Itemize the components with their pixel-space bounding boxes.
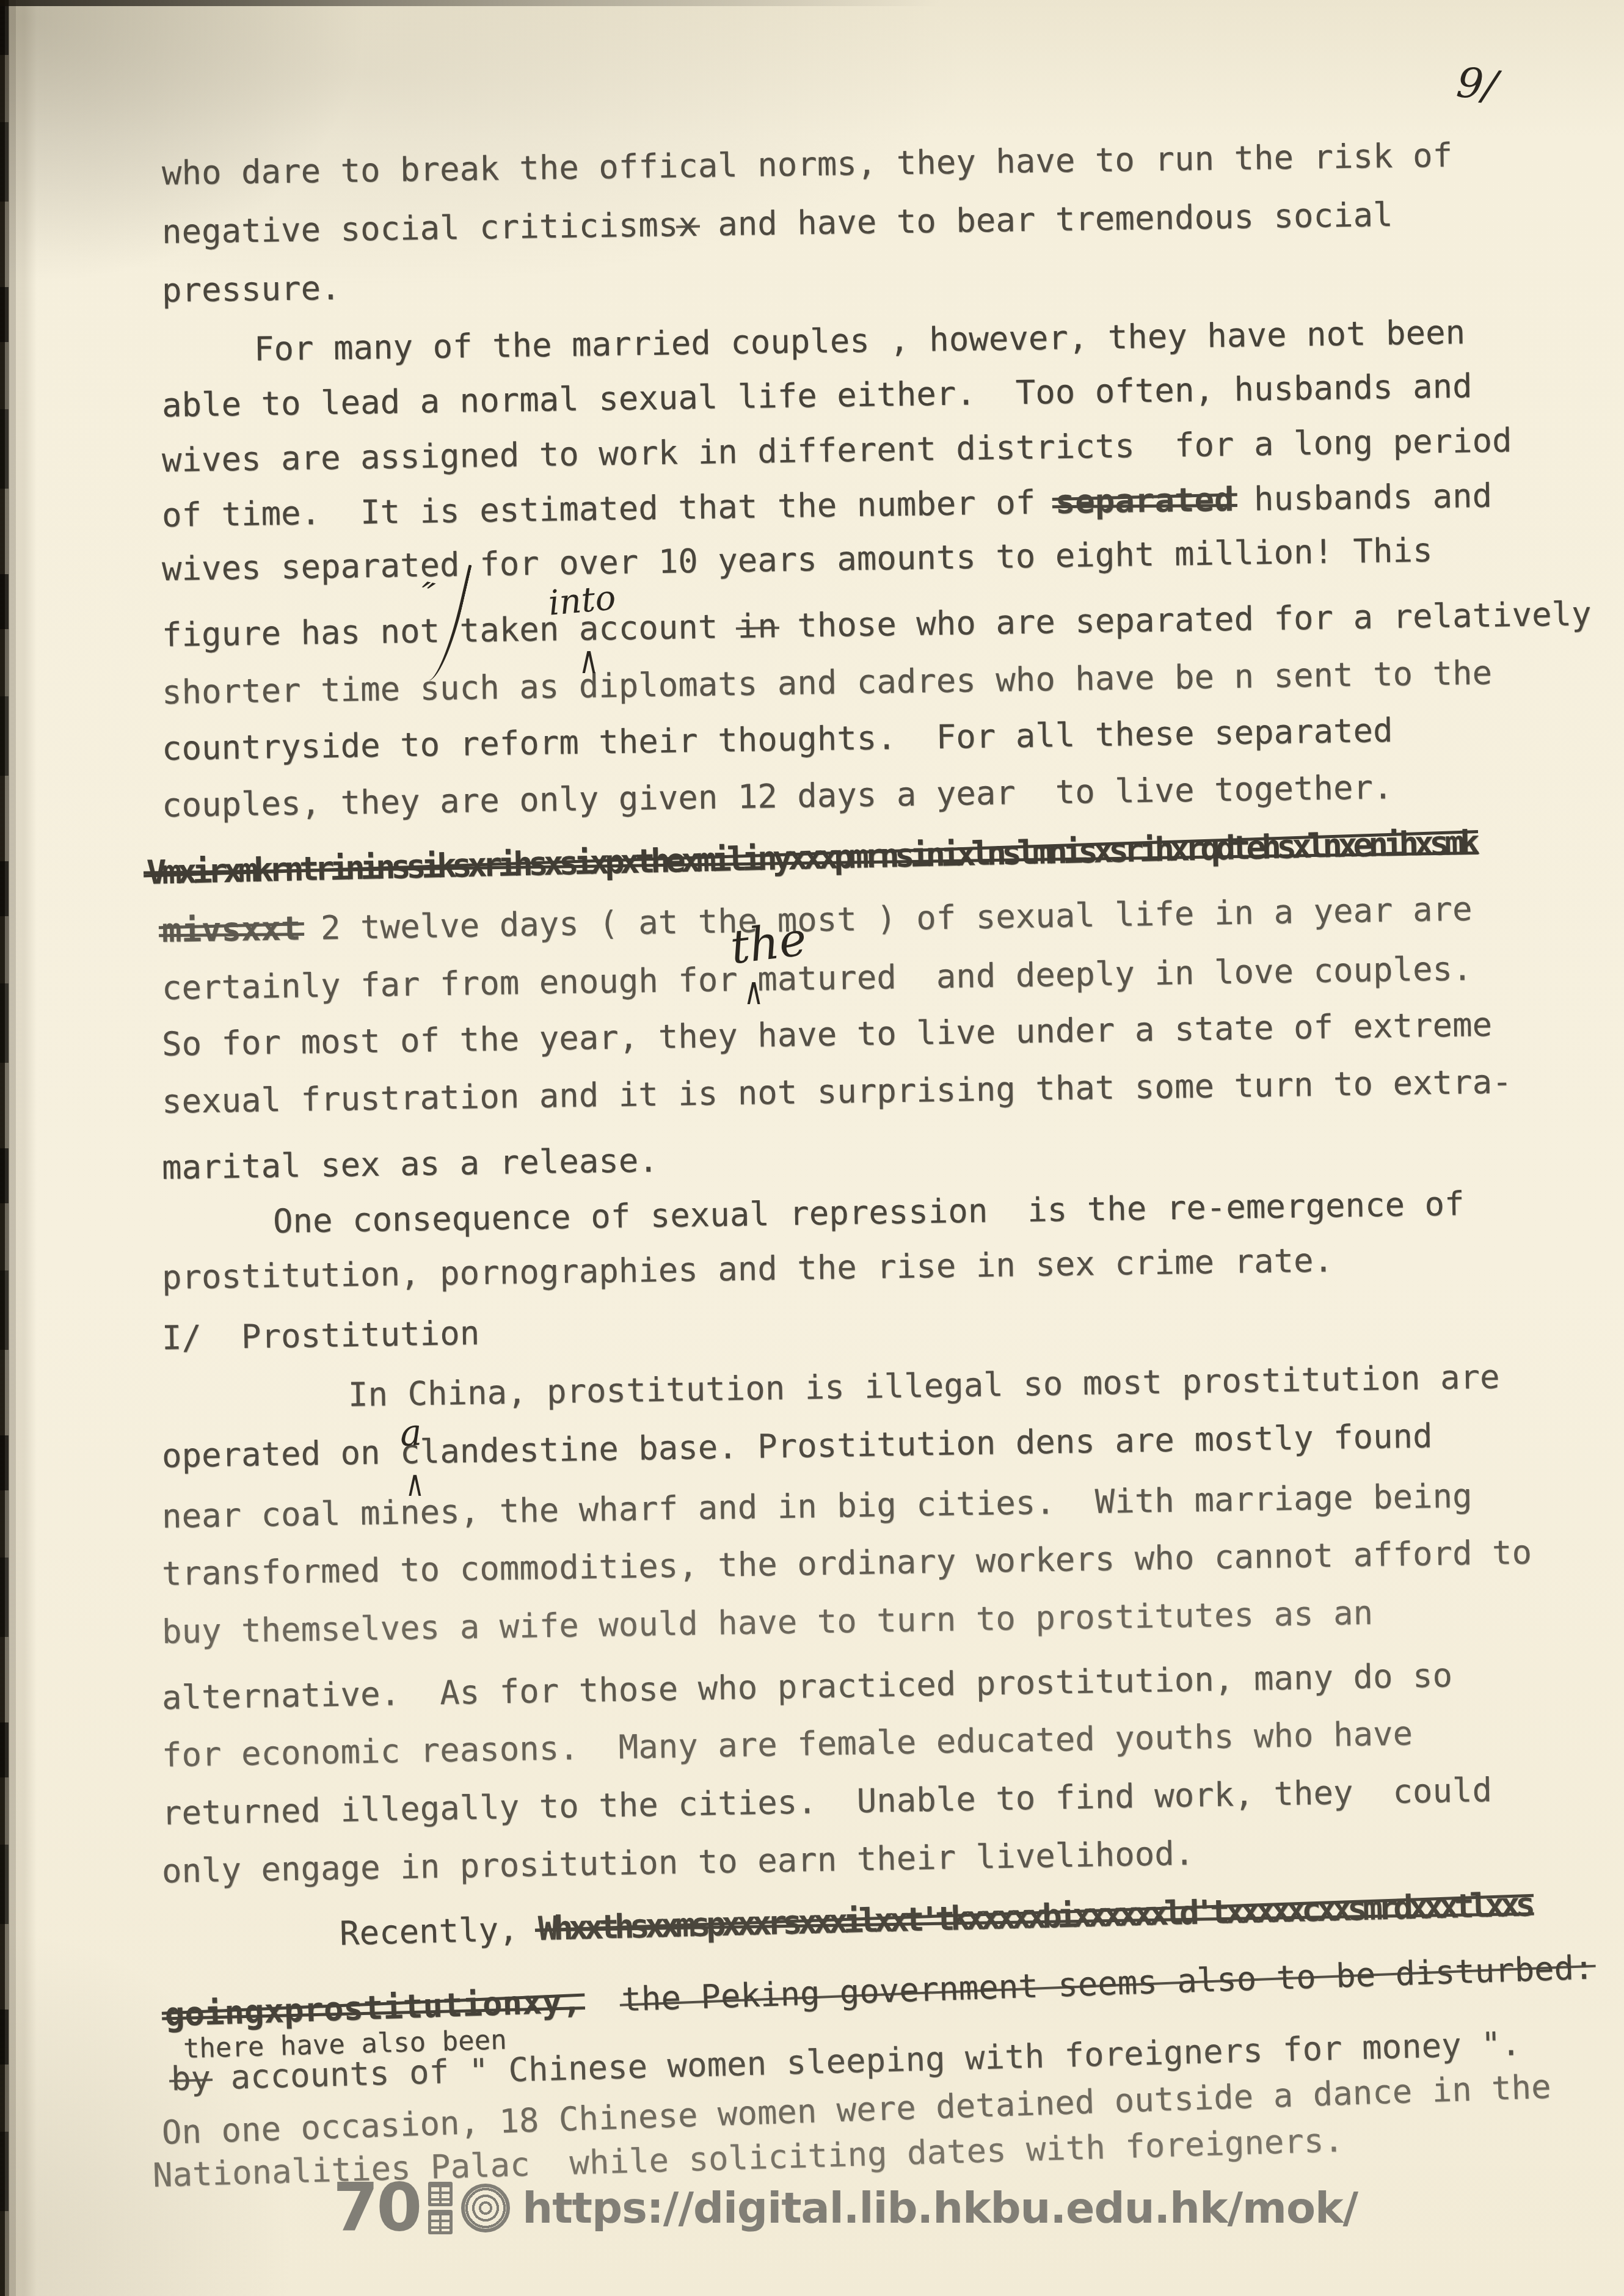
typed-text (581, 1980, 622, 2020)
typed-text: I/ Prostitution (161, 1314, 479, 1357)
typed-text: and have to bear tremendous social (697, 195, 1393, 244)
struck-text: the Peking government seems also to be d… (621, 1948, 1594, 2019)
typed-text-line: wives separated for over 10 years amount… (162, 531, 1433, 588)
typed-text-line: negative social criticismsx and have to … (162, 196, 1393, 251)
struck-text: goingxprostitutionxy, (164, 1981, 582, 2034)
typed-text: pressure. (162, 269, 341, 310)
typed-text-line: couples, they are only given 12 days a y… (162, 768, 1393, 825)
insertion-caret: ∧ (579, 642, 599, 680)
handwritten-the: the (728, 916, 809, 971)
struck-text: Vmxirxmkrntrininssiksxrihsxsixpxthexmili… (146, 823, 1476, 892)
typed-text-line: wives are assigned to work in different … (162, 421, 1512, 479)
typed-text: for economic reasons. Many are female ed… (161, 1714, 1413, 1774)
typed-text: husbands and (1234, 476, 1493, 519)
typed-text: shorter time such as diplomats and cadre… (162, 654, 1493, 712)
typed-text-line: Recently, Whxxthsxxmspxxxrsxxxilxxt'tkxx… (339, 1886, 1531, 1953)
typed-text-line: for economic reasons. Many are female ed… (161, 1715, 1413, 1774)
struck-text: by (170, 2058, 211, 2098)
typed-text: sexual frustration and it is not surpris… (162, 1062, 1512, 1121)
typed-text-line: returned illegally to the cities. Unable… (161, 1771, 1492, 1832)
typed-text: buy themselves a wife would have to turn… (161, 1594, 1373, 1651)
typed-text-line: pressure. (162, 269, 341, 310)
typed-text-line: figure has not taken account in those wh… (162, 595, 1592, 654)
typed-text: who dare to break the offical norms, the… (162, 136, 1453, 192)
typed-text: returned illegally to the cities. Unable… (161, 1771, 1492, 1832)
typed-text: So for most of the year, they have to li… (162, 1005, 1493, 1063)
typed-text-line: For many of the married couples , howeve… (254, 313, 1466, 368)
typed-text: For many of the married couples , howeve… (254, 313, 1466, 368)
logo-cjk-nian-dai (428, 2182, 453, 2234)
typed-text: alternative. As for those who practiced … (161, 1656, 1452, 1717)
typed-text-line: In China, prostitution is illegal so mos… (348, 1358, 1500, 1414)
typed-text: certainly far from enough for matured an… (162, 949, 1473, 1007)
typed-text: of time. It is estimated that the number… (162, 483, 1056, 534)
struck-text: mivsxxt (161, 909, 301, 950)
typed-text-line: only engage in prositution to earn their… (161, 1835, 1194, 1891)
typed-text: countryside to reform their thoughts. Fo… (162, 711, 1393, 768)
insertion-caret: ∧ (406, 1466, 424, 1502)
typed-text: near coal mines, the wharf and in big ci… (161, 1476, 1472, 1536)
typed-text: prostitution, pornographies and the rise… (162, 1241, 1334, 1297)
struck-text: separated (1055, 480, 1234, 521)
typed-text-line: certainly far from enough for matured an… (162, 950, 1473, 1007)
typed-text: operated on clandestine base. Prostituti… (161, 1416, 1432, 1475)
typed-text-line: I/ Prostitution (162, 1314, 480, 1357)
logo-70-text: 70 (333, 2178, 420, 2237)
typed-text: One consequence of sexual repression is … (273, 1184, 1465, 1241)
typed-text-line: goingxprostitutionxy, the Peking governm… (164, 1948, 1595, 2034)
watermark-url: https://digital.lib.hkbu.edu.hk/mok/ (522, 2183, 1358, 2233)
typed-text: wives separated for over 10 years amount… (162, 531, 1433, 588)
watermark: 70 https://digital.lib.hkbu.edu.hk/mok/ (333, 2178, 1358, 2237)
struck-text: Whxxthsxxmspxxxrsxxxilxxt'tkxxxxxbixxxxx… (537, 1885, 1531, 1948)
typed-text-line: So for most of the year, they have to li… (162, 1006, 1493, 1063)
typed-text: only engage in prositution to earn their… (161, 1834, 1194, 1890)
typed-text: transformed to commodities, the ordinary… (161, 1533, 1532, 1593)
typed-text-line: of time. It is estimated that the number… (162, 477, 1493, 534)
cjk-block-nian (428, 2182, 453, 2206)
typed-text: couples, they are only given 12 days a y… (162, 768, 1393, 825)
typed-text-line: shorter time such as diplomats and cadre… (162, 654, 1493, 712)
cjk-block-dai (428, 2210, 453, 2234)
typed-text-line: mivsxxt 2 twelve days ( at the most ) of… (161, 890, 1472, 950)
page-number: 9/ (1455, 62, 1499, 108)
typed-text: negative social criticisms (162, 205, 679, 251)
typed-text-line: Vmxirxmkrntrininssiksxrihsxsixpxthexmili… (146, 824, 1476, 892)
typed-text-line: near coal mines, the wharf and in big ci… (162, 1477, 1473, 1536)
typed-text-line: buy themselves a wife would have to turn… (162, 1594, 1374, 1651)
typed-text-line: countryside to reform their thoughts. Fo… (162, 712, 1393, 768)
typed-text-line: transformed to commodities, the ordinary… (162, 1534, 1532, 1593)
typed-text: able to lead a normal sexual life either… (162, 366, 1473, 425)
logo-seal-icon (461, 2184, 510, 2232)
typed-text-line: operated on clandestine base. Prostituti… (162, 1417, 1433, 1475)
typed-text-line: sexual frustration and it is not surpris… (162, 1063, 1512, 1121)
typed-text: marital sex as a release. (162, 1141, 659, 1187)
typed-text: 2 twelve days ( at the most ) of sexual … (300, 889, 1473, 947)
typed-text: wives are assigned to work in different … (162, 421, 1512, 479)
insertion-caret: ∧ (744, 973, 763, 1011)
struck-text: in (737, 607, 777, 646)
typed-text-line: who dare to break the offical norms, the… (162, 136, 1453, 192)
typed-text-line: One consequence of sexual repression is … (273, 1185, 1465, 1241)
typed-text: In China, prostitution is illegal so mos… (348, 1357, 1499, 1414)
typed-text-line: marital sex as a release. (162, 1142, 659, 1187)
handwritten-a: a (399, 1414, 423, 1452)
typed-text-line: prostitution, pornographies and the rise… (162, 1242, 1334, 1297)
struck-text: x (678, 205, 698, 244)
handwritten-into: into (547, 581, 617, 621)
typed-text: those who are separated for a relatively (777, 594, 1592, 645)
typed-text-layer: who dare to break the offical norms, the… (0, 0, 1624, 2296)
document-page: who dare to break the offical norms, the… (0, 0, 1624, 2296)
typed-text: Recently, (339, 1909, 539, 1953)
typed-text-line: able to lead a normal sexual life either… (162, 367, 1473, 425)
typed-text-line: alternative. As for those who practiced … (161, 1656, 1452, 1717)
